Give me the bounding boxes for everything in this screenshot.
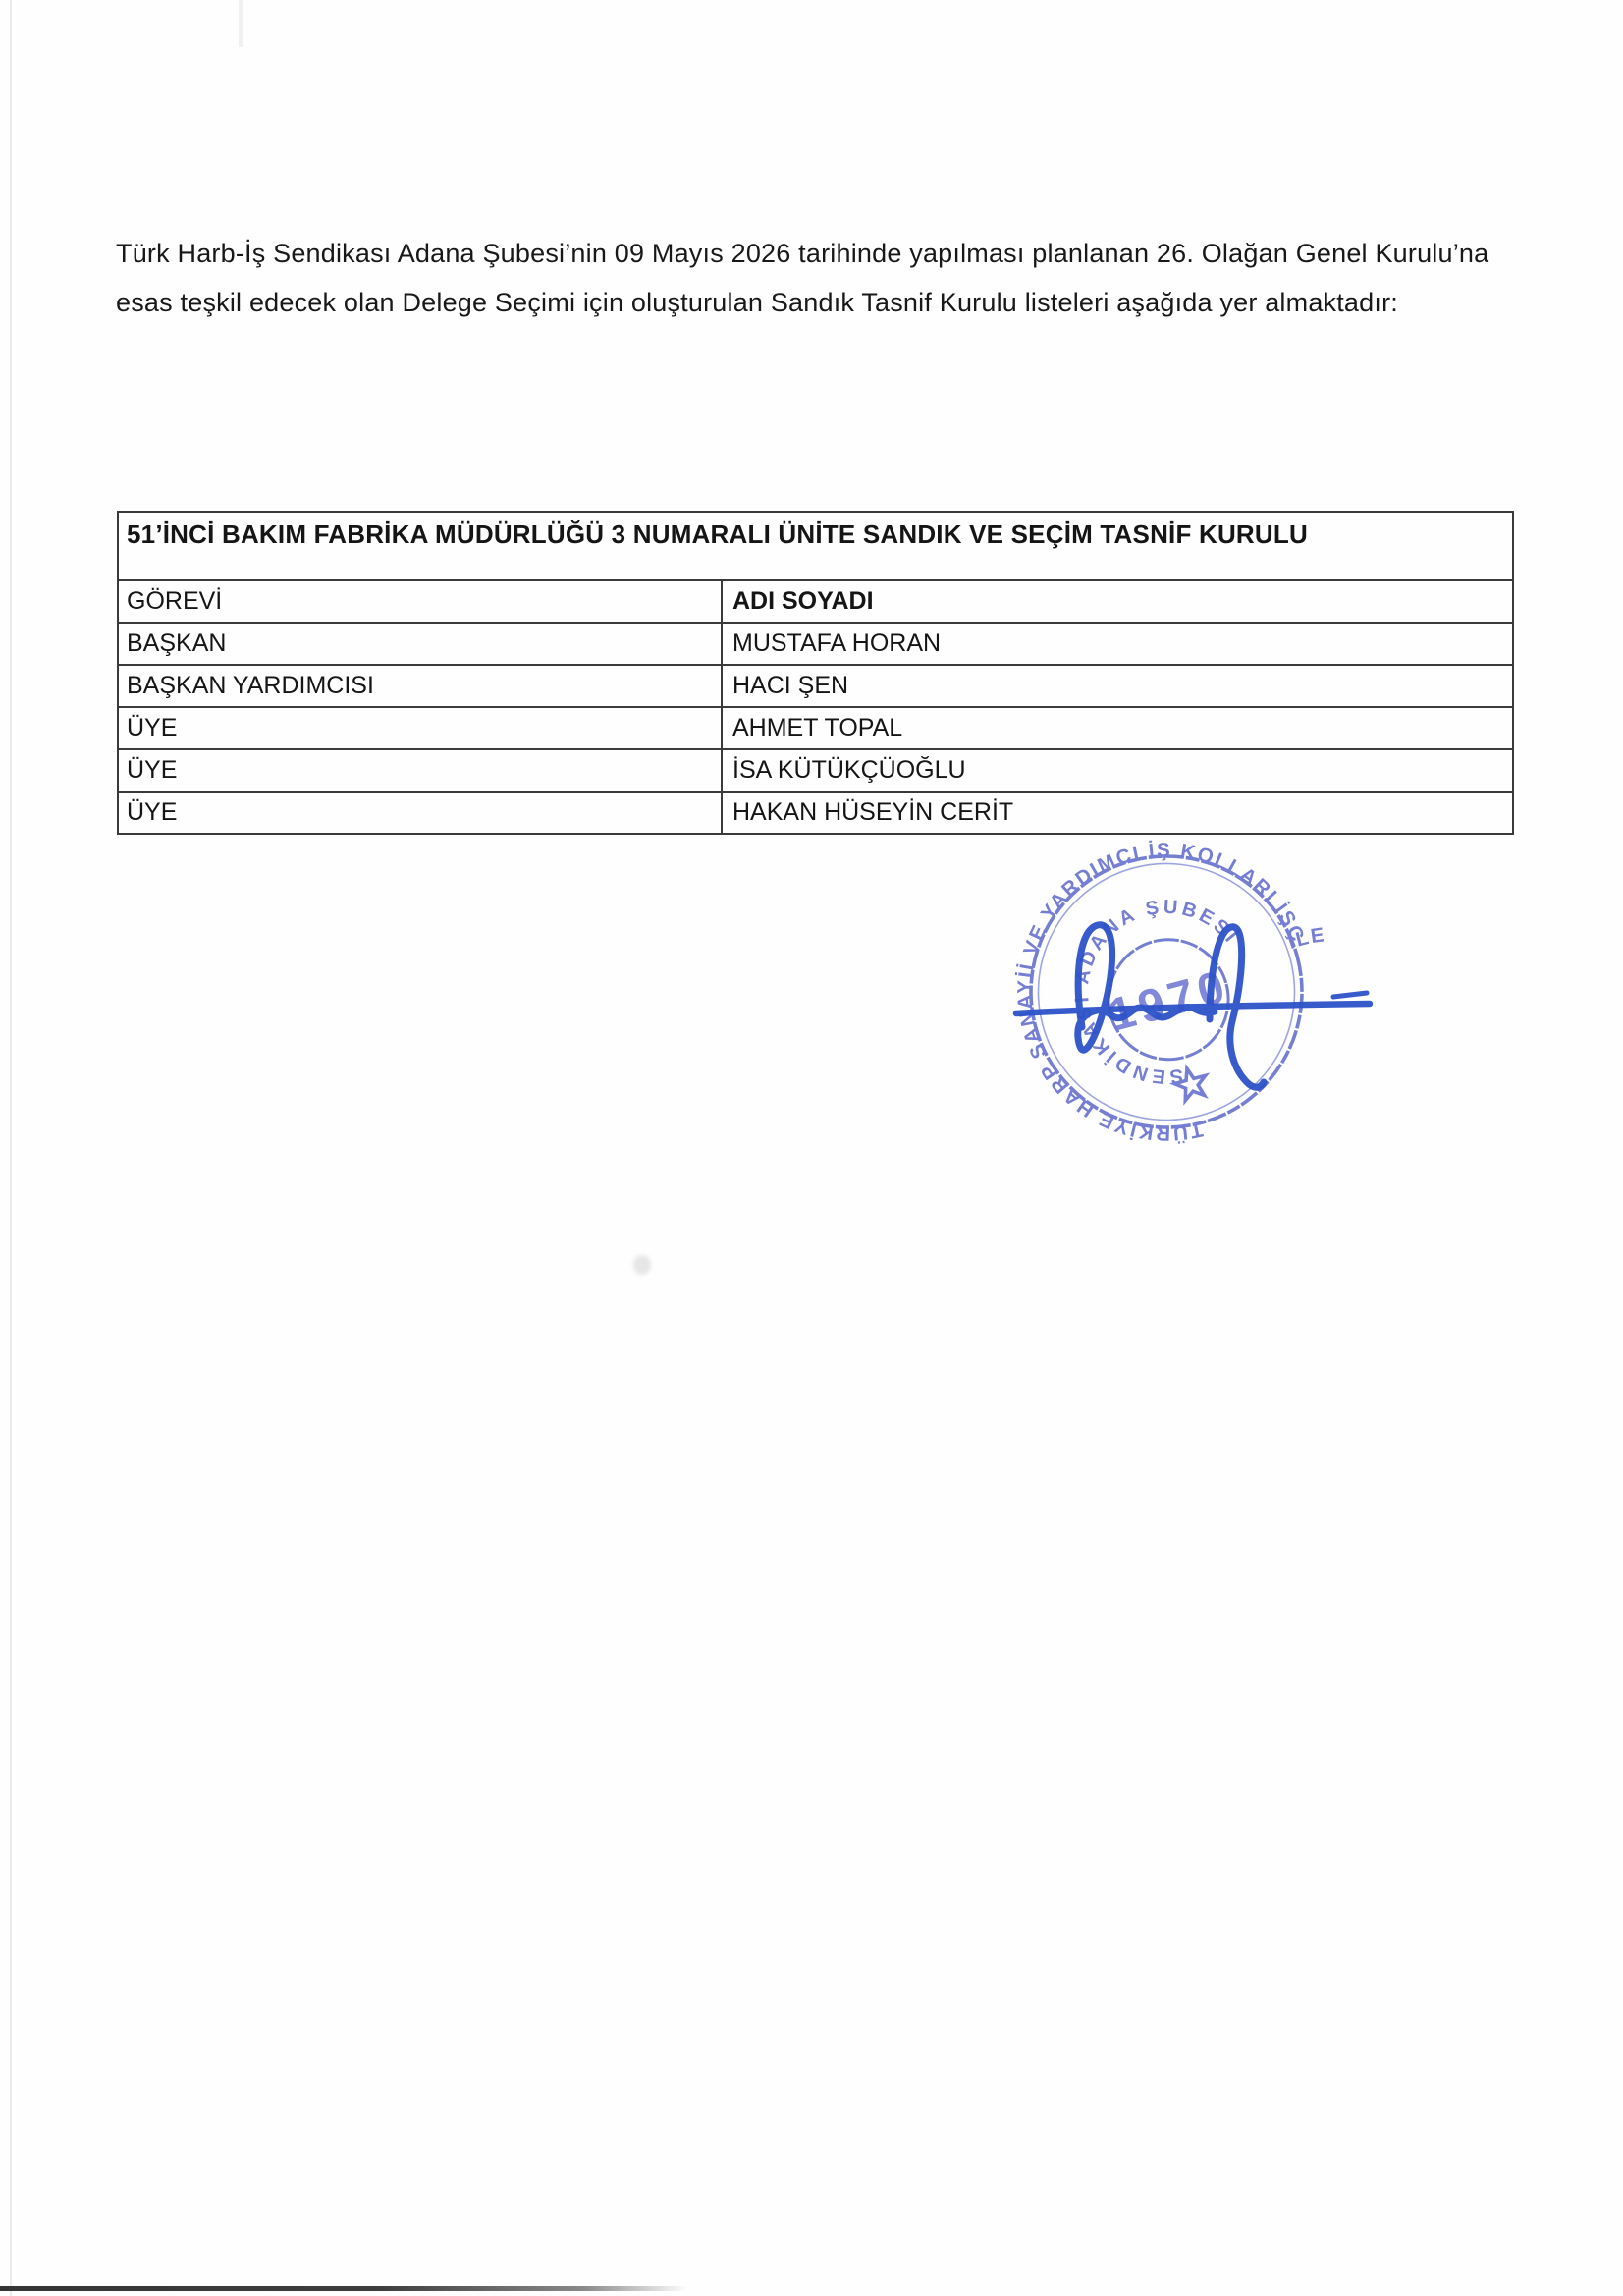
role-cell: BAŞKAN YARDIMCISI bbox=[118, 665, 722, 707]
intro-paragraph-line1: Türk Harb-İş Sendikası Adana Şubesi’nin … bbox=[116, 229, 1589, 278]
signature-icon bbox=[982, 835, 1404, 1139]
document-page: Türk Harb-İş Sendikası Adana Şubesi’nin … bbox=[0, 0, 1623, 2296]
role-cell: ÜYE bbox=[118, 749, 722, 792]
signature-dash bbox=[1333, 993, 1367, 997]
column-header-gorevi: GÖREVİ bbox=[118, 580, 722, 623]
name-cell: HAKAN HÜSEYİN CERİT bbox=[722, 792, 1513, 834]
role-cell: ÜYE bbox=[118, 792, 722, 834]
table-row: ÜYE HAKAN HÜSEYİN CERİT bbox=[118, 792, 1513, 834]
name-cell: MUSTAFA HORAN bbox=[722, 623, 1513, 665]
tasnif-kurulu-table: 51’İNCİ BAKIM FABRİKA MÜDÜRLÜĞÜ 3 NUMARA… bbox=[117, 511, 1514, 835]
scan-artifact-left-edge bbox=[10, 0, 12, 2296]
name-cell: AHMET TOPAL bbox=[722, 707, 1513, 749]
role-cell: BAŞKAN bbox=[118, 623, 722, 665]
column-header-adi-soyadi: ADI SOYADI bbox=[722, 580, 1513, 623]
scan-artifact-smudge bbox=[633, 1255, 651, 1275]
table-row: BAŞKAN YARDIMCISI HACI ŞEN bbox=[118, 665, 1513, 707]
table-header-row: GÖREVİ ADI SOYADI bbox=[118, 580, 1513, 623]
table-row: BAŞKAN MUSTAFA HORAN bbox=[118, 623, 1513, 665]
table-title: 51’İNCİ BAKIM FABRİKA MÜDÜRLÜĞÜ 3 NUMARA… bbox=[118, 512, 1513, 580]
role-cell: ÜYE bbox=[118, 707, 722, 749]
table-row: ÜYE İSA KÜTÜKÇÜOĞLU bbox=[118, 749, 1513, 792]
signature-left-loop bbox=[1078, 925, 1215, 1050]
table-row: ÜYE AHMET TOPAL bbox=[118, 707, 1513, 749]
scan-artifact-top-mark bbox=[239, 0, 243, 47]
intro-paragraph-line2: esas teşkil edecek olan Delege Seçimi iç… bbox=[116, 278, 1589, 327]
name-cell: İSA KÜTÜKÇÜOĞLU bbox=[722, 749, 1513, 792]
name-cell: HACI ŞEN bbox=[722, 665, 1513, 707]
intro-paragraph: Türk Harb-İş Sendikası Adana Şubesi’nin … bbox=[116, 229, 1589, 327]
table-title-row: 51’İNCİ BAKIM FABRİKA MÜDÜRLÜĞÜ 3 NUMARA… bbox=[118, 512, 1513, 580]
scan-artifact-bottom-edge bbox=[0, 2286, 687, 2291]
signature-scribble bbox=[982, 835, 1404, 1139]
